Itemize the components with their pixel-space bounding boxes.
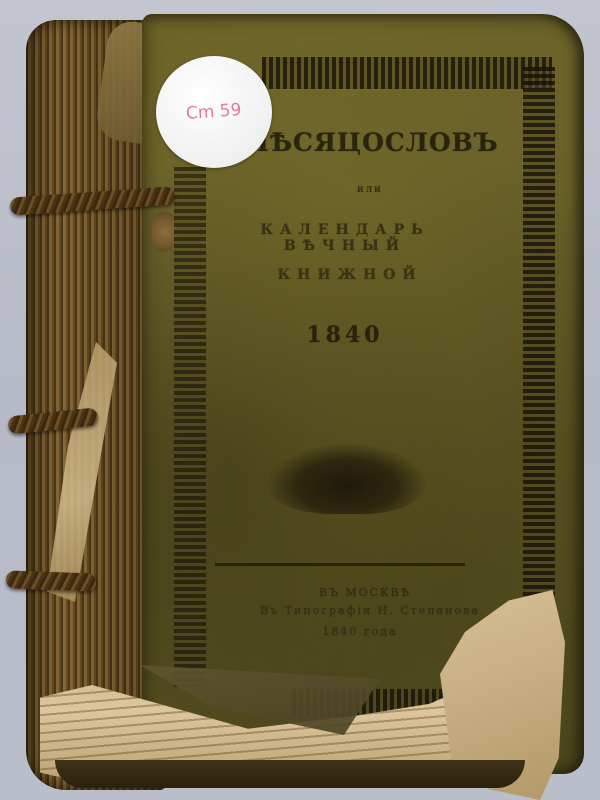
shelfmark-label: Cm 59 — [186, 100, 243, 124]
cover-title: МѢСЯЦОСЛОВЪ — [230, 128, 510, 157]
library-shelfmark-sticker: Cm 59 — [156, 56, 272, 168]
imprint-city: ВЪ МОСКВѢ — [300, 586, 430, 599]
cover-subtitle-line: КНИЖНОЙ — [250, 267, 450, 283]
imprint-divider — [215, 563, 465, 566]
imprint-date: 1840 года — [300, 625, 420, 638]
book-bottom-edge — [55, 760, 525, 788]
cover-subtitle-line: КАЛЕНДАРЬ ВѢЧНЫЙ — [195, 222, 495, 254]
frame-border-top — [262, 57, 552, 89]
imprint-printer: Въ Типографіи Н. Степанова — [240, 604, 500, 617]
binding-cord — [6, 570, 97, 591]
cover-year: 1840 — [280, 322, 410, 348]
ornament-vignette-icon — [268, 444, 426, 514]
cover-conjunction: или — [340, 184, 400, 195]
frame-border-right — [523, 67, 555, 627]
